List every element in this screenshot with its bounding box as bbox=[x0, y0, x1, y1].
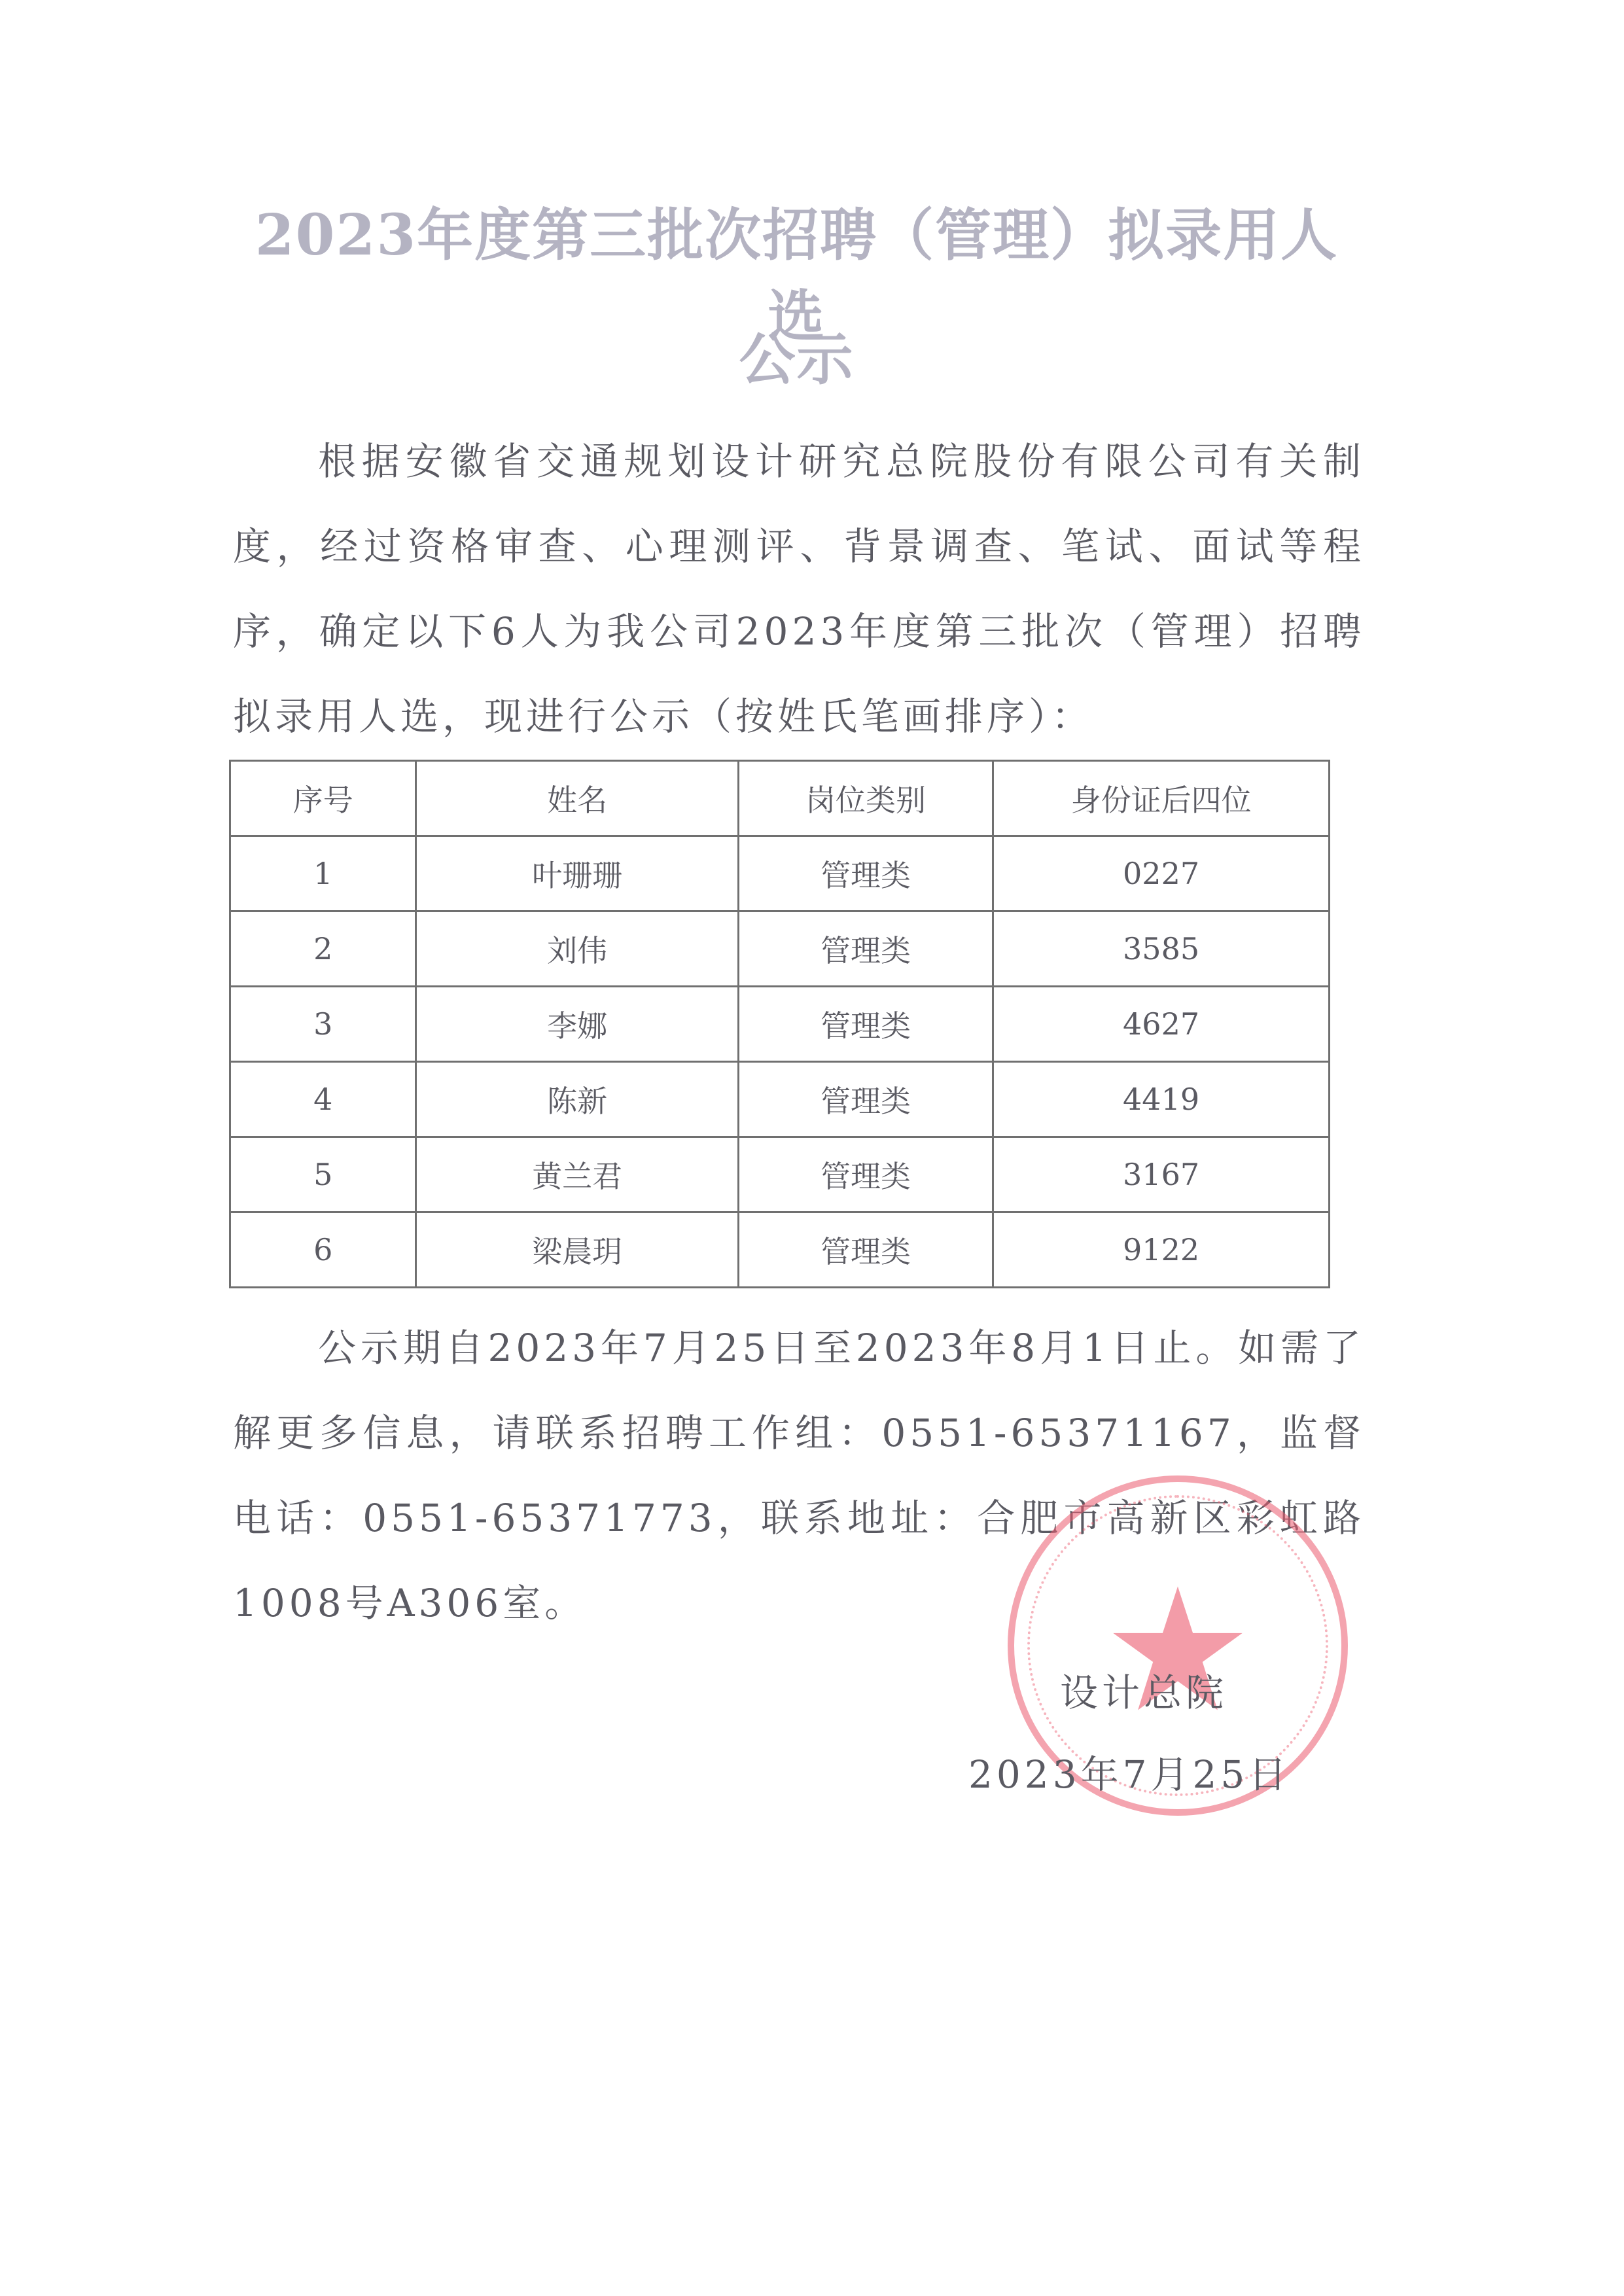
table-row: 2 刘伟 管理类 3585 bbox=[230, 911, 1330, 987]
header-name: 姓名 bbox=[416, 761, 738, 836]
header-id: 身份证后四位 bbox=[993, 761, 1330, 836]
cell-name: 李娜 bbox=[416, 987, 738, 1062]
cell-id: 4627 bbox=[993, 987, 1330, 1062]
table-row: 6 梁晨玥 管理类 9122 bbox=[230, 1212, 1330, 1288]
cell-no: 2 bbox=[230, 911, 416, 987]
table-row: 5 黄兰君 管理类 3167 bbox=[230, 1137, 1330, 1212]
cell-name: 梁晨玥 bbox=[416, 1212, 738, 1288]
cell-name: 刘伟 bbox=[416, 911, 738, 987]
candidate-table: 序号 姓名 岗位类别 身份证后四位 1 叶珊珊 管理类 0227 2 刘伟 管理… bbox=[229, 760, 1330, 1288]
cell-category: 管理类 bbox=[738, 987, 993, 1062]
document-subtitle: 公示 bbox=[229, 314, 1364, 395]
cell-category: 管理类 bbox=[738, 1062, 993, 1137]
cell-no: 6 bbox=[230, 1212, 416, 1288]
cell-id: 4419 bbox=[993, 1062, 1330, 1137]
intro-paragraph: 根据安徽省交通规划设计研究总院股份有限公司有关制度，经过资格审查、心理测评、背景… bbox=[233, 419, 1365, 759]
cell-name: 叶珊珊 bbox=[416, 836, 738, 911]
table-row: 4 陈新 管理类 4419 bbox=[230, 1062, 1330, 1137]
cell-name: 黄兰君 bbox=[416, 1137, 738, 1212]
header-no: 序号 bbox=[230, 761, 416, 836]
signature-date: 2023年7月25日 bbox=[968, 1744, 1290, 1799]
cell-name: 陈新 bbox=[416, 1062, 738, 1137]
cell-category: 管理类 bbox=[738, 1212, 993, 1288]
cell-category: 管理类 bbox=[738, 836, 993, 911]
table-header-row: 序号 姓名 岗位类别 身份证后四位 bbox=[230, 761, 1330, 836]
cell-id: 9122 bbox=[993, 1212, 1330, 1288]
signature-organization: 设计总院 bbox=[1060, 1662, 1227, 1717]
cell-id: 0227 bbox=[993, 836, 1330, 911]
cell-no: 1 bbox=[230, 836, 416, 911]
cell-category: 管理类 bbox=[738, 911, 993, 987]
cell-no: 5 bbox=[230, 1137, 416, 1212]
cell-no: 3 bbox=[230, 987, 416, 1062]
cell-id: 3167 bbox=[993, 1137, 1330, 1212]
cell-id: 3585 bbox=[993, 911, 1330, 987]
cell-no: 4 bbox=[230, 1062, 416, 1137]
cell-category: 管理类 bbox=[738, 1137, 993, 1212]
table-row: 3 李娜 管理类 4627 bbox=[230, 987, 1330, 1062]
table-row: 1 叶珊珊 管理类 0227 bbox=[230, 836, 1330, 911]
header-category: 岗位类别 bbox=[738, 761, 993, 836]
